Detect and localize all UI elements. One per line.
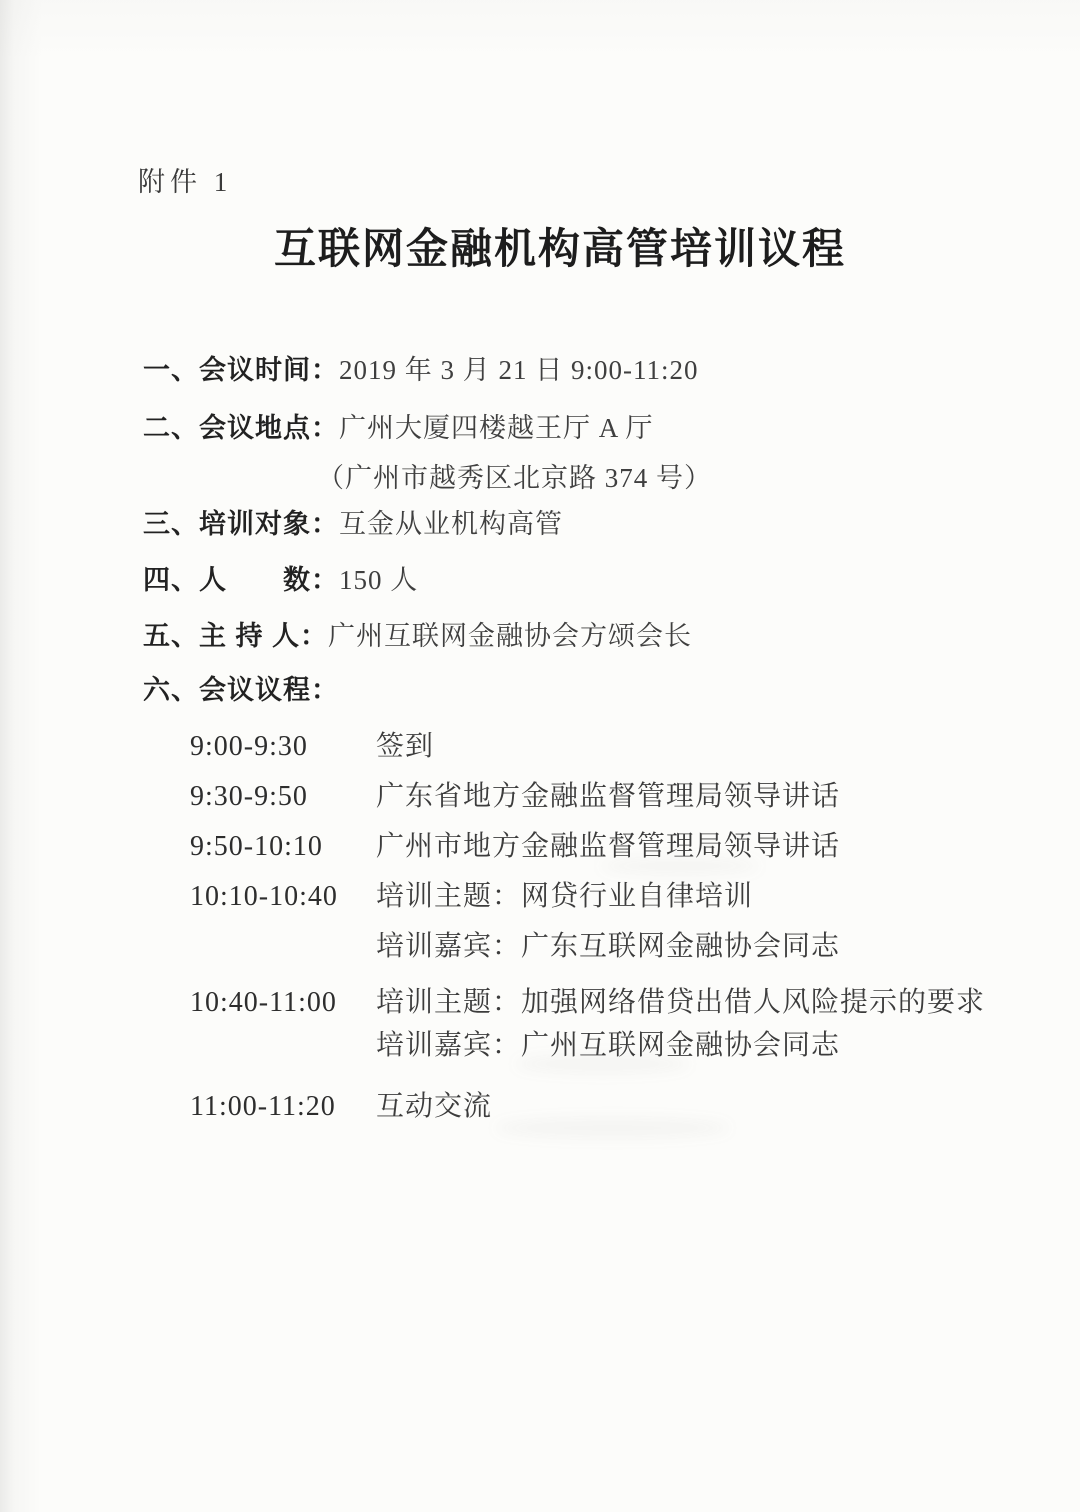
agenda-row: 9:00-9:30签到 — [190, 724, 434, 764]
attachment-label: 附件 1 — [138, 160, 232, 199]
page-title: 互联网金融机构高管培训议程 — [0, 216, 1080, 276]
agenda-activity: 签到 — [376, 731, 434, 762]
scanned-document-page: 附件 1 互联网金融机构高管培训议程 一、会议时间：2019 年 3 月 21 … — [0, 0, 1080, 1512]
info-item-agenda-heading: 六、会议议程： — [143, 668, 339, 707]
agenda-activity: 培训嘉宾：广东互联网金融协会同志 — [376, 931, 840, 962]
info-value: 2019 年 3 月 21 日 9:00-11:20 — [339, 355, 699, 385]
agenda-time: 9:30-9:50 — [190, 781, 376, 813]
info-item-host: 五、主 持 人：广州互联网金融协会方颂会长 — [143, 614, 692, 653]
agenda-time: 10:40-11:00 — [190, 987, 376, 1019]
info-value: 广州互联网金融协会方颂会长 — [328, 621, 692, 651]
info-value: 广州大厦四楼越王厅 A 厅 — [339, 413, 654, 443]
agenda-row: 培训嘉宾：广东互联网金融协会同志 — [190, 924, 840, 964]
info-label: 二、会议地点： — [143, 413, 339, 443]
info-item-meeting-time: 一、会议时间：2019 年 3 月 21 日 9:00-11:20 — [143, 348, 699, 387]
info-value: 互金从业机构高管 — [339, 509, 563, 539]
info-label: 四、人 数： — [143, 565, 339, 595]
agenda-time: 9:00-9:30 — [190, 731, 376, 763]
agenda-row: 10:10-10:40培训主题：网贷行业自律培训 — [190, 874, 753, 914]
info-label: 一、会议时间： — [143, 355, 339, 385]
info-label: 五、主 持 人： — [143, 621, 328, 651]
info-value-address: （广州市越秀区北京路 374 号） — [317, 456, 712, 495]
agenda-row: 11:00-11:20互动交流 — [190, 1084, 492, 1124]
info-label: 六、会议议程： — [143, 675, 339, 705]
scan-artifact — [495, 1118, 730, 1138]
agenda-time: 9:50-10:10 — [190, 831, 376, 863]
agenda-time: 10:10-10:40 — [190, 881, 376, 913]
info-item-headcount: 四、人 数：150 人 — [143, 558, 418, 597]
agenda-activity: 广州市地方金融监督管理局领导讲话 — [376, 831, 840, 862]
agenda-time: 11:00-11:20 — [190, 1091, 376, 1123]
agenda-row: 培训嘉宾：广州互联网金融协会同志 — [190, 1023, 840, 1063]
agenda-activity: 互动交流 — [376, 1091, 492, 1122]
agenda-activity: 广东省地方金融监督管理局领导讲话 — [376, 781, 840, 812]
info-value: 150 人 — [339, 565, 418, 595]
agenda-activity: 培训主题：加强网络借贷出借人风险提示的要求 — [376, 987, 985, 1018]
agenda-row: 9:30-9:50广东省地方金融监督管理局领导讲话 — [190, 774, 840, 814]
agenda-activity: 培训嘉宾：广州互联网金融协会同志 — [376, 1030, 840, 1061]
agenda-row: 10:40-11:00培训主题：加强网络借贷出借人风险提示的要求 — [190, 980, 985, 1020]
agenda-row: 9:50-10:10广州市地方金融监督管理局领导讲话 — [190, 824, 840, 864]
agenda-activity: 培训主题：网贷行业自律培训 — [376, 881, 753, 912]
info-label: 三、培训对象： — [143, 509, 339, 539]
info-item-training-target: 三、培训对象：互金从业机构高管 — [143, 502, 563, 541]
info-item-meeting-place: 二、会议地点：广州大厦四楼越王厅 A 厅 — [143, 406, 654, 445]
